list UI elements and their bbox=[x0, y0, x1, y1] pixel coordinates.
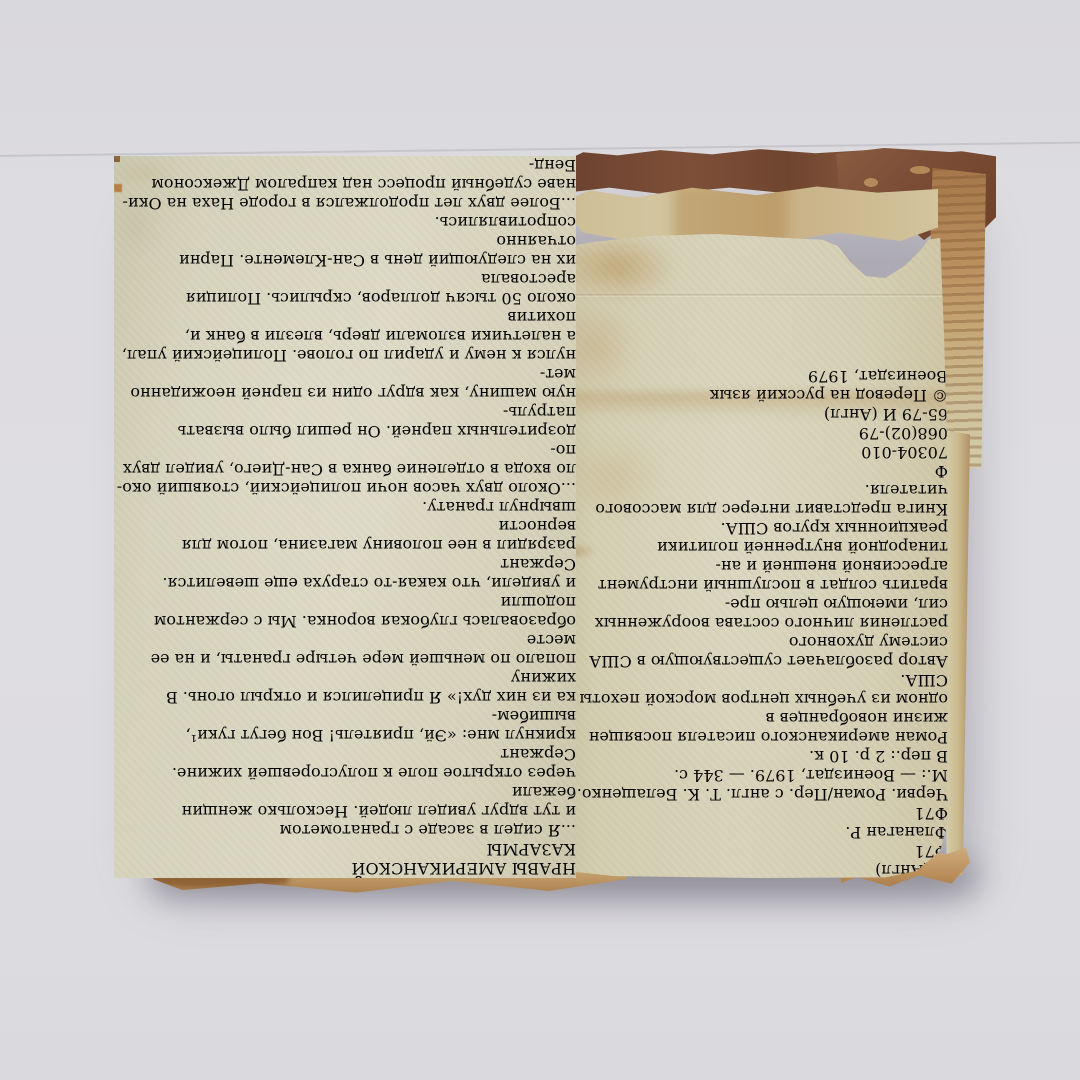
text-line: ную машину, как вдруг один из парней нео… bbox=[114, 365, 576, 403]
fraction-denominator: 068(02)-79 bbox=[556, 424, 948, 443]
catalog-index-row: Ф 70304-010 068(02)-79 65-79 И (Англ) bbox=[556, 405, 948, 481]
body-text: ...Я сидел в засаде с гранатометоми тут … bbox=[114, 156, 576, 840]
cover-fleck bbox=[864, 178, 878, 187]
annotation-line: Автор разоблачает существующую в США сис… bbox=[556, 633, 948, 671]
entry-title-line: Черви. Роман/Пер. с англ. Т. К. Белащенк… bbox=[556, 785, 948, 804]
text-line: их на следующий день в Сан-Клементе. Пар… bbox=[114, 232, 576, 270]
text-line: ло входа в отделение банка в Сан-Диего, … bbox=[114, 441, 576, 479]
right-page-content-flipped: И (Англ) Ф71 Фланаган Р. Ф71 Черви. Рома… bbox=[556, 232, 948, 880]
left-page-content-flipped: НРАВЫ АМЕРИКАНСКОЙ КАЗАРМЫ ...Я сидел в … bbox=[114, 156, 576, 878]
text-line: около 50 тысяч долларов, скрылись. Полиц… bbox=[114, 270, 576, 308]
section-heading: НРАВЫ АМЕРИКАНСКОЙ КАЗАРМЫ bbox=[114, 840, 576, 878]
annotation-line: вратить солдат в послушный инструмент аг… bbox=[556, 557, 948, 595]
copyright-line: Воениздат, 1979 bbox=[556, 367, 948, 386]
text-line: швырнул гранату. bbox=[114, 498, 576, 517]
fraction-numerator: 70304-010 bbox=[556, 443, 948, 462]
text-line: через открытое поле к полусгоревшей хижи… bbox=[114, 745, 576, 783]
paragraph: ...Более двух лет продолжался в городе Н… bbox=[114, 156, 576, 213]
text-line: ...Около двух часов ночи полицейский, ст… bbox=[114, 479, 576, 498]
text-line: ...Более двух лет продолжался в городе Н… bbox=[114, 194, 576, 213]
text-line: попало по меньшей мере четыре гранаты, и… bbox=[114, 631, 576, 669]
heading-line: КАЗАРМЫ bbox=[114, 840, 576, 859]
text-line: нулся к нему и ударил по голове. Полицей… bbox=[114, 346, 576, 365]
annotation-line: Роман американского писателя посвящен жи… bbox=[556, 709, 948, 747]
left-page: НРАВЫ АМЕРИКАНСКОЙ КАЗАРМЫ ...Я сидел в … bbox=[114, 156, 576, 878]
text-line: сопротивлялись. bbox=[114, 213, 576, 232]
text-line: ...Я сидел в засаде с гранатометом bbox=[114, 821, 576, 840]
text-line: наве судебный процесс над капралом Джекс… bbox=[114, 156, 576, 194]
author-mark: Ф71 bbox=[556, 804, 948, 823]
text-line: и тут вдруг увидел людей. Несколько женщ… bbox=[114, 783, 576, 821]
text-line: а налетчики взломали дверь, влезли в бан… bbox=[114, 308, 576, 346]
right-page: И (Англ) Ф71 Фланаган Р. Ф71 Черви. Рома… bbox=[556, 232, 948, 880]
heading-line: НРАВЫ АМЕРИКАНСКОЙ bbox=[114, 859, 576, 878]
annotation-line: одном из учебных центров морской пехоты … bbox=[556, 671, 948, 709]
entry-imprint-line: М.: — Воениздат, 1979. — 344 с. bbox=[556, 766, 948, 785]
copyright-line: © Перевод на русский язык bbox=[556, 386, 948, 405]
text-line: ка из них дух!» Я прицелился и открыл ог… bbox=[114, 669, 576, 707]
annotation-line: Книга представит интерес для массового ч… bbox=[556, 481, 948, 519]
annotation-line: растления личного состава вооруженных си… bbox=[556, 595, 948, 633]
annotation-line: тинародной внутренней политики реакционн… bbox=[556, 519, 948, 557]
text-line: и увидели, что какая-то старуха еще шеве… bbox=[114, 555, 576, 593]
author-line: Фланаган Р. bbox=[556, 823, 948, 842]
series-code: И (Англ) bbox=[824, 405, 897, 424]
text-line: разрядил в нее половину магазина, потом … bbox=[114, 517, 576, 555]
copyright-block: © Перевод на русский язык Воениздат, 197… bbox=[556, 367, 948, 405]
catalog-card: Фланаган Р. Ф71 Черви. Роман/Пер. с англ… bbox=[556, 747, 948, 842]
classification-marks: И (Англ) Ф71 bbox=[556, 842, 948, 880]
catalog-fraction: 70304-010 068(02)-79 bbox=[556, 424, 948, 462]
author-mark: Ф71 bbox=[556, 842, 948, 861]
text-line: крикнул мне: «Эй, приятель! Вон бегут гу… bbox=[114, 707, 576, 745]
catalog-entry: Ф71 Черви. Роман/Пер. с англ. Т. К. Бела… bbox=[556, 766, 948, 823]
catalog-suffix: 65-79 bbox=[902, 405, 948, 424]
text-line: дозрительных парней. Он решил было вызва… bbox=[114, 403, 576, 441]
photo-backdrop: И (Англ) Ф71 Фланаган Р. Ф71 Черви. Рома… bbox=[0, 0, 1080, 1080]
price-line: В пер.: 2 р. 10 к. bbox=[556, 747, 948, 766]
catalog-prefix: Ф bbox=[935, 462, 948, 481]
text-line: образовалась глубокая воронка. Мы с серж… bbox=[114, 593, 576, 631]
paragraph: ...Около двух часов ночи полицейский, ст… bbox=[114, 213, 576, 498]
cover-fleck bbox=[910, 166, 930, 174]
annotation-block: Роман американского писателя посвящен жи… bbox=[556, 481, 948, 747]
paragraph: ...Я сидел в засаде с гранатометоми тут … bbox=[114, 498, 576, 840]
